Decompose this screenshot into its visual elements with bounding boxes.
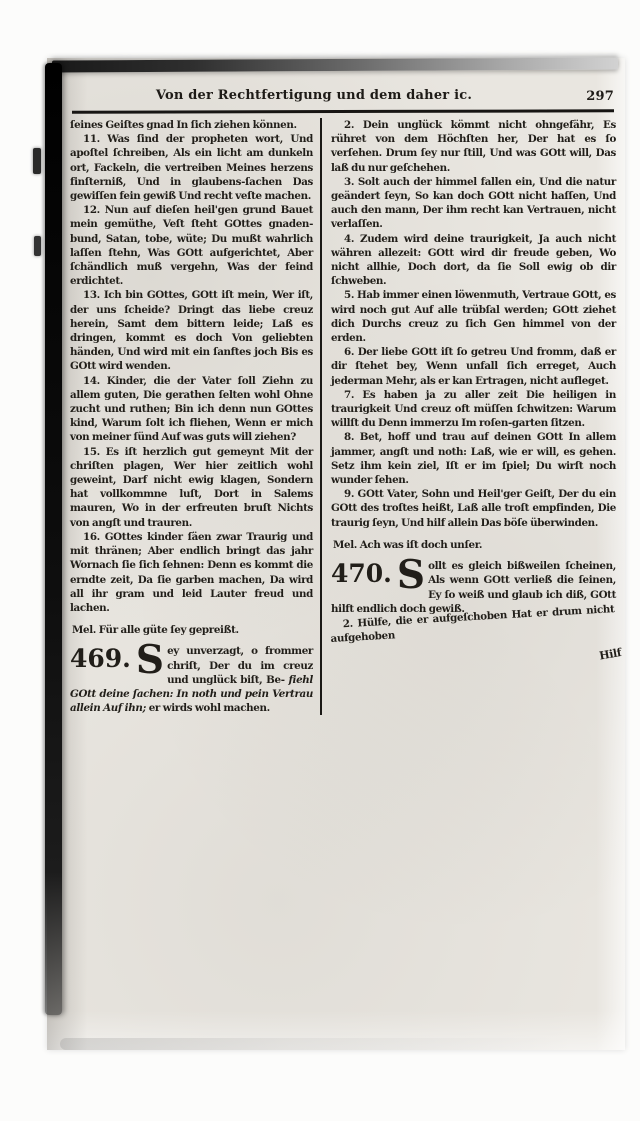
verse-2: 2. Dein unglück kömmt nicht ohngefähr, E… [331,118,616,175]
verse-15: 15. Es iſt herzlich gut gemeynt Mit der … [70,445,313,530]
page-number: 297 [586,89,614,104]
catchword: Hilf [335,646,622,710]
hymn-469-text-end: er wirds wohl machen. [149,702,270,714]
verse-6: 6. Der liebe GOtt iſt ſo getreu Und from… [331,345,616,388]
scanned-book-page: Von der Rechtfertigung und dem daher ic.… [0,0,640,1121]
scan-bottom-smudge [60,1038,570,1050]
hymn-number-469: 469. [70,645,131,672]
verse-7: 7. Es haben ja zu aller zeit Die heilige… [331,388,616,431]
verse-13: 13. Ich bin GOttes, GOtt iſt mein, Wer i… [70,288,313,373]
verse-14: 14. Kinder, die der Vater ſoll Ziehn zu … [70,374,313,445]
running-header-title: Von der Rechtfertigung und dem daher ic. [72,88,556,103]
hymn-469-dropcap: S [136,644,164,676]
text-columns: ſeines Geiſtes gnad In ſich ziehen könne… [70,118,616,715]
verse-8: 8. Bet, hoff und trau auf deinen GOtt In… [331,430,616,487]
verse-3: 3. Solt auch der himmel fallen ein, Und … [331,175,616,232]
hymn-number-470: 470. [331,560,392,587]
hymn-469: 469. S ey unverzagt, o frommer chriſt, D… [70,644,313,715]
book-gutter-shadow [45,63,62,1015]
melody-line-469: Mel. Für alle güte ſey gepreißt. [72,623,313,637]
verse-12: 12. Nun auf dieſen heil'gen grund Bauet … [70,203,313,288]
verse-continuation: ſeines Geiſtes gnad In ſich ziehen könne… [70,118,313,132]
verse-4: 4. Zudem wird deine traurigkeit, Ja auch… [331,232,616,289]
running-header: Von der Rechtfertigung und dem daher ic.… [72,88,616,108]
verse-5: 5. Hab immer einen löwenmuth, Vertraue G… [331,288,616,345]
left-column: ſeines Geiſtes gnad In ſich ziehen könne… [70,118,320,715]
verse-11: 11. Was ſind der propheten wort, Und apo… [70,132,313,203]
melody-line-470: Mel. Ach was iſt doch unſer. [333,538,616,552]
right-column: 2. Dein unglück kömmt nicht ohngefähr, E… [322,118,616,715]
gutter-mark [33,148,41,174]
gutter-mark [34,236,41,256]
hymn-470-dropcap: S [397,559,425,591]
verse-16: 16. GOttes kinder ſäen zwar Traurig und … [70,530,313,615]
verse-9: 9. GOtt Vater, Sohn und Heil'ger Geiſt, … [331,487,616,530]
